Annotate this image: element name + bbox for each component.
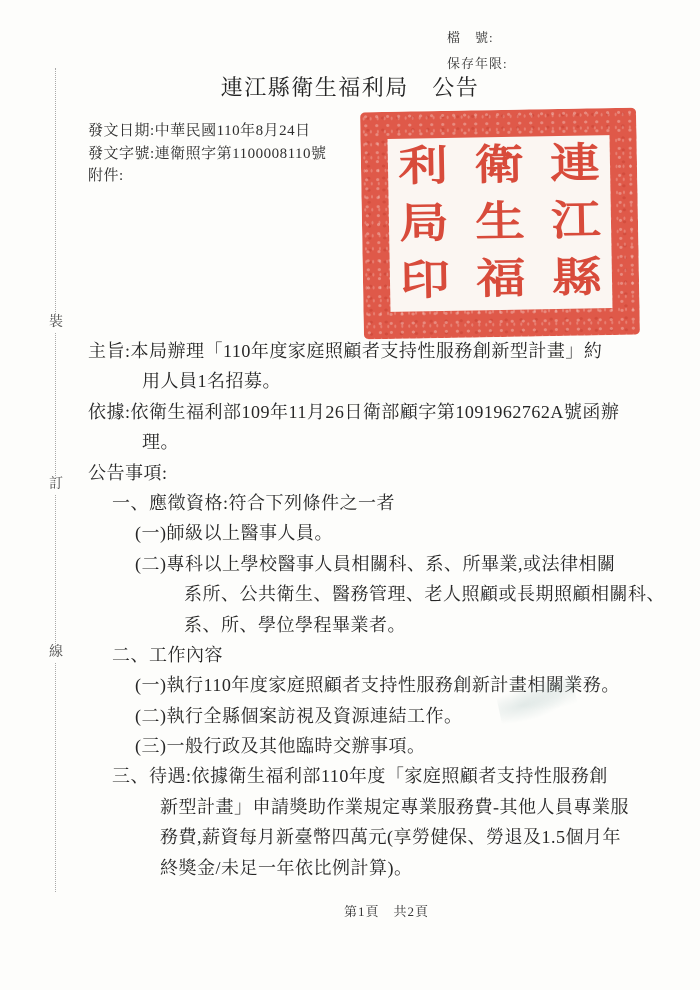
body-line: (二)專科以上學校醫事人員相關科、系、所畢業,或法律相關 (0, 549, 700, 579)
body-line: 三、待遇:依據衛生福利部110年度「家庭照顧者支持性服務創 (0, 761, 700, 791)
body-line: (三)一般行政及其他臨時交辦事項。 (0, 731, 700, 761)
seal-char: 福 (476, 254, 526, 306)
issue-meta-block: 發文日期:中華民國110年8月24日 發文字號:連衛照字第1100008110號… (88, 120, 327, 188)
seal-column-right: 連 江 縣 (554, 139, 599, 305)
seal-char: 衛 (474, 141, 524, 193)
body-line: 公告事項: (0, 458, 700, 488)
seal-char: 江 (551, 196, 601, 248)
scanned-announcement-page: 裝 訂 線 檔 號: 保存年限: 連江縣衛生福利局 公告 發文日期:中華民國11… (0, 0, 700, 990)
seal-char: 利 (398, 142, 448, 194)
body-line: 新型計畫」申請獎助作業規定專業服務費-其他人員專業服 (0, 792, 700, 822)
body-line: 系所、公共衛生、醫務管理、老人照顧或長期照顧相關科、 (0, 579, 700, 609)
seal-char: 連 (550, 139, 600, 191)
body-line: 終獎金/未足一年依比例計算)。 (0, 853, 700, 883)
body-line: (一)執行110年度家庭照顧者支持性服務創新計畫相關業務。 (0, 670, 700, 700)
document-title: 連江縣衛生福利局 公告 (0, 71, 700, 102)
issue-number: 發文字號:連衛照字第1100008110號 (88, 143, 327, 166)
retention-period-label: 保存年限: (447, 53, 508, 72)
official-seal-stamp: 連 江 縣 衛 生 福 利 局 印 (360, 108, 640, 340)
seal-column-middle: 衛 生 福 (478, 141, 523, 307)
seal-char: 局 (399, 199, 449, 251)
body-line: 系、所、學位學程畢業者。 (0, 610, 700, 640)
seal-char: 生 (475, 197, 525, 249)
binding-mark-zhuang: 裝 (46, 314, 66, 332)
seal-column-left: 利 局 印 (402, 142, 447, 308)
body-line: 理。 (0, 427, 700, 457)
body-line: 用人員1名招募。 (0, 366, 700, 396)
page-number: 第1頁 共2頁 (344, 901, 429, 920)
body-line: (二)執行全縣個案訪視及資源連結工作。 (0, 701, 700, 731)
issue-date: 發文日期:中華民國110年8月24日 (88, 120, 327, 143)
seal-inner-face: 連 江 縣 衛 生 福 利 局 印 (388, 135, 613, 312)
announcement-body: 主旨:本局辦理「110年度家庭照顧者支持性服務創新型計畫」約 用人員1名招募。 … (0, 336, 700, 883)
body-line: 一、應徵資格:符合下列條件之一者 (0, 488, 700, 518)
body-line: 依據:依衛生福利部109年11月26日衛部顧字第1091962762A號函辦 (0, 397, 700, 427)
body-line: (一)師級以上醫事人員。 (0, 518, 700, 548)
body-line: 二、工作內容 (0, 640, 700, 670)
body-line: 主旨:本局辦理「110年度家庭照顧者支持性服務創新型計畫」約 (0, 336, 700, 366)
body-line: 務費,薪資每月新臺幣四萬元(享勞健保、勞退及1.5個月年 (0, 822, 700, 852)
seal-char: 印 (400, 256, 450, 308)
attachment-label: 附件: (88, 165, 327, 188)
file-number-label: 檔 號: (447, 27, 494, 46)
seal-char: 縣 (552, 253, 602, 305)
